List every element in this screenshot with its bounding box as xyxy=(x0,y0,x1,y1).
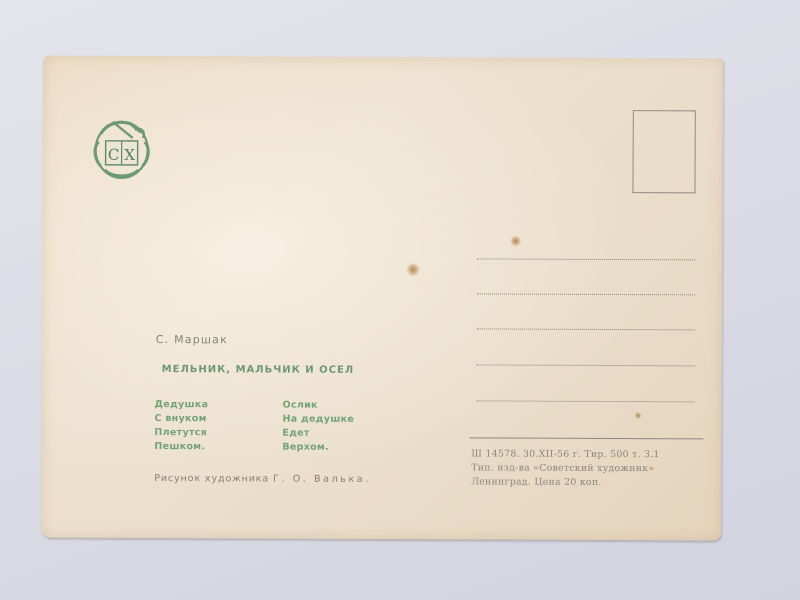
poem-line: Ослик xyxy=(282,399,354,413)
svg-text:Х: Х xyxy=(124,146,135,164)
address-line xyxy=(477,328,695,330)
poem-line: Дедушка xyxy=(155,398,209,412)
poem-right-column: Ослик На дедушке Едет Верхом. xyxy=(282,399,354,455)
imprint-line: Ленинград. Цена 20 коп. xyxy=(471,475,659,490)
address-line xyxy=(477,400,695,402)
stamp-placeholder-box xyxy=(632,110,695,193)
illustrator-credit: Рисунок художника Г. О. Валька. xyxy=(154,473,371,485)
age-stain xyxy=(634,412,641,419)
poem-left-column: Дедушка С внуком Плетутся Пешком. xyxy=(154,398,208,454)
address-line xyxy=(477,258,695,260)
imprint-line: Тип. изд-ва «Советский художник» xyxy=(471,461,659,476)
poem-line: На дедушке xyxy=(282,413,354,427)
poem-line: Верхом. xyxy=(282,441,354,455)
imprint-line: Ш 14578. 30.XII-56 г. Тир. 500 т. З.1 xyxy=(471,447,659,462)
credit-prefix: Рисунок художника xyxy=(154,473,269,485)
address-line xyxy=(477,293,695,295)
poem-line: С внуком xyxy=(154,412,208,426)
age-stain xyxy=(510,236,521,247)
poem-line: Плетутся xyxy=(154,426,208,440)
age-stain xyxy=(406,263,420,276)
poem-title: МЕЛЬНИК, МАЛЬЧИК И ОСЕЛ xyxy=(162,364,354,376)
author-name: С. Маршак xyxy=(156,333,228,346)
address-line xyxy=(477,364,695,366)
address-divider xyxy=(469,437,703,439)
svg-text:С: С xyxy=(108,146,120,164)
publisher-imprint: Ш 14578. 30.XII-56 г. Тир. 500 т. З.1 Ти… xyxy=(471,447,659,490)
poem-line: Пешком. xyxy=(154,440,208,454)
artists-union-emblem-icon: С Х xyxy=(91,112,153,182)
poem-line: Едет xyxy=(282,427,354,441)
postcard-back: С Х С. Маршак МЕЛЬНИК, МАЛЬЧИК И ОСЕЛ Де… xyxy=(41,56,723,541)
artist-name: Г. О. Валька. xyxy=(273,474,371,485)
